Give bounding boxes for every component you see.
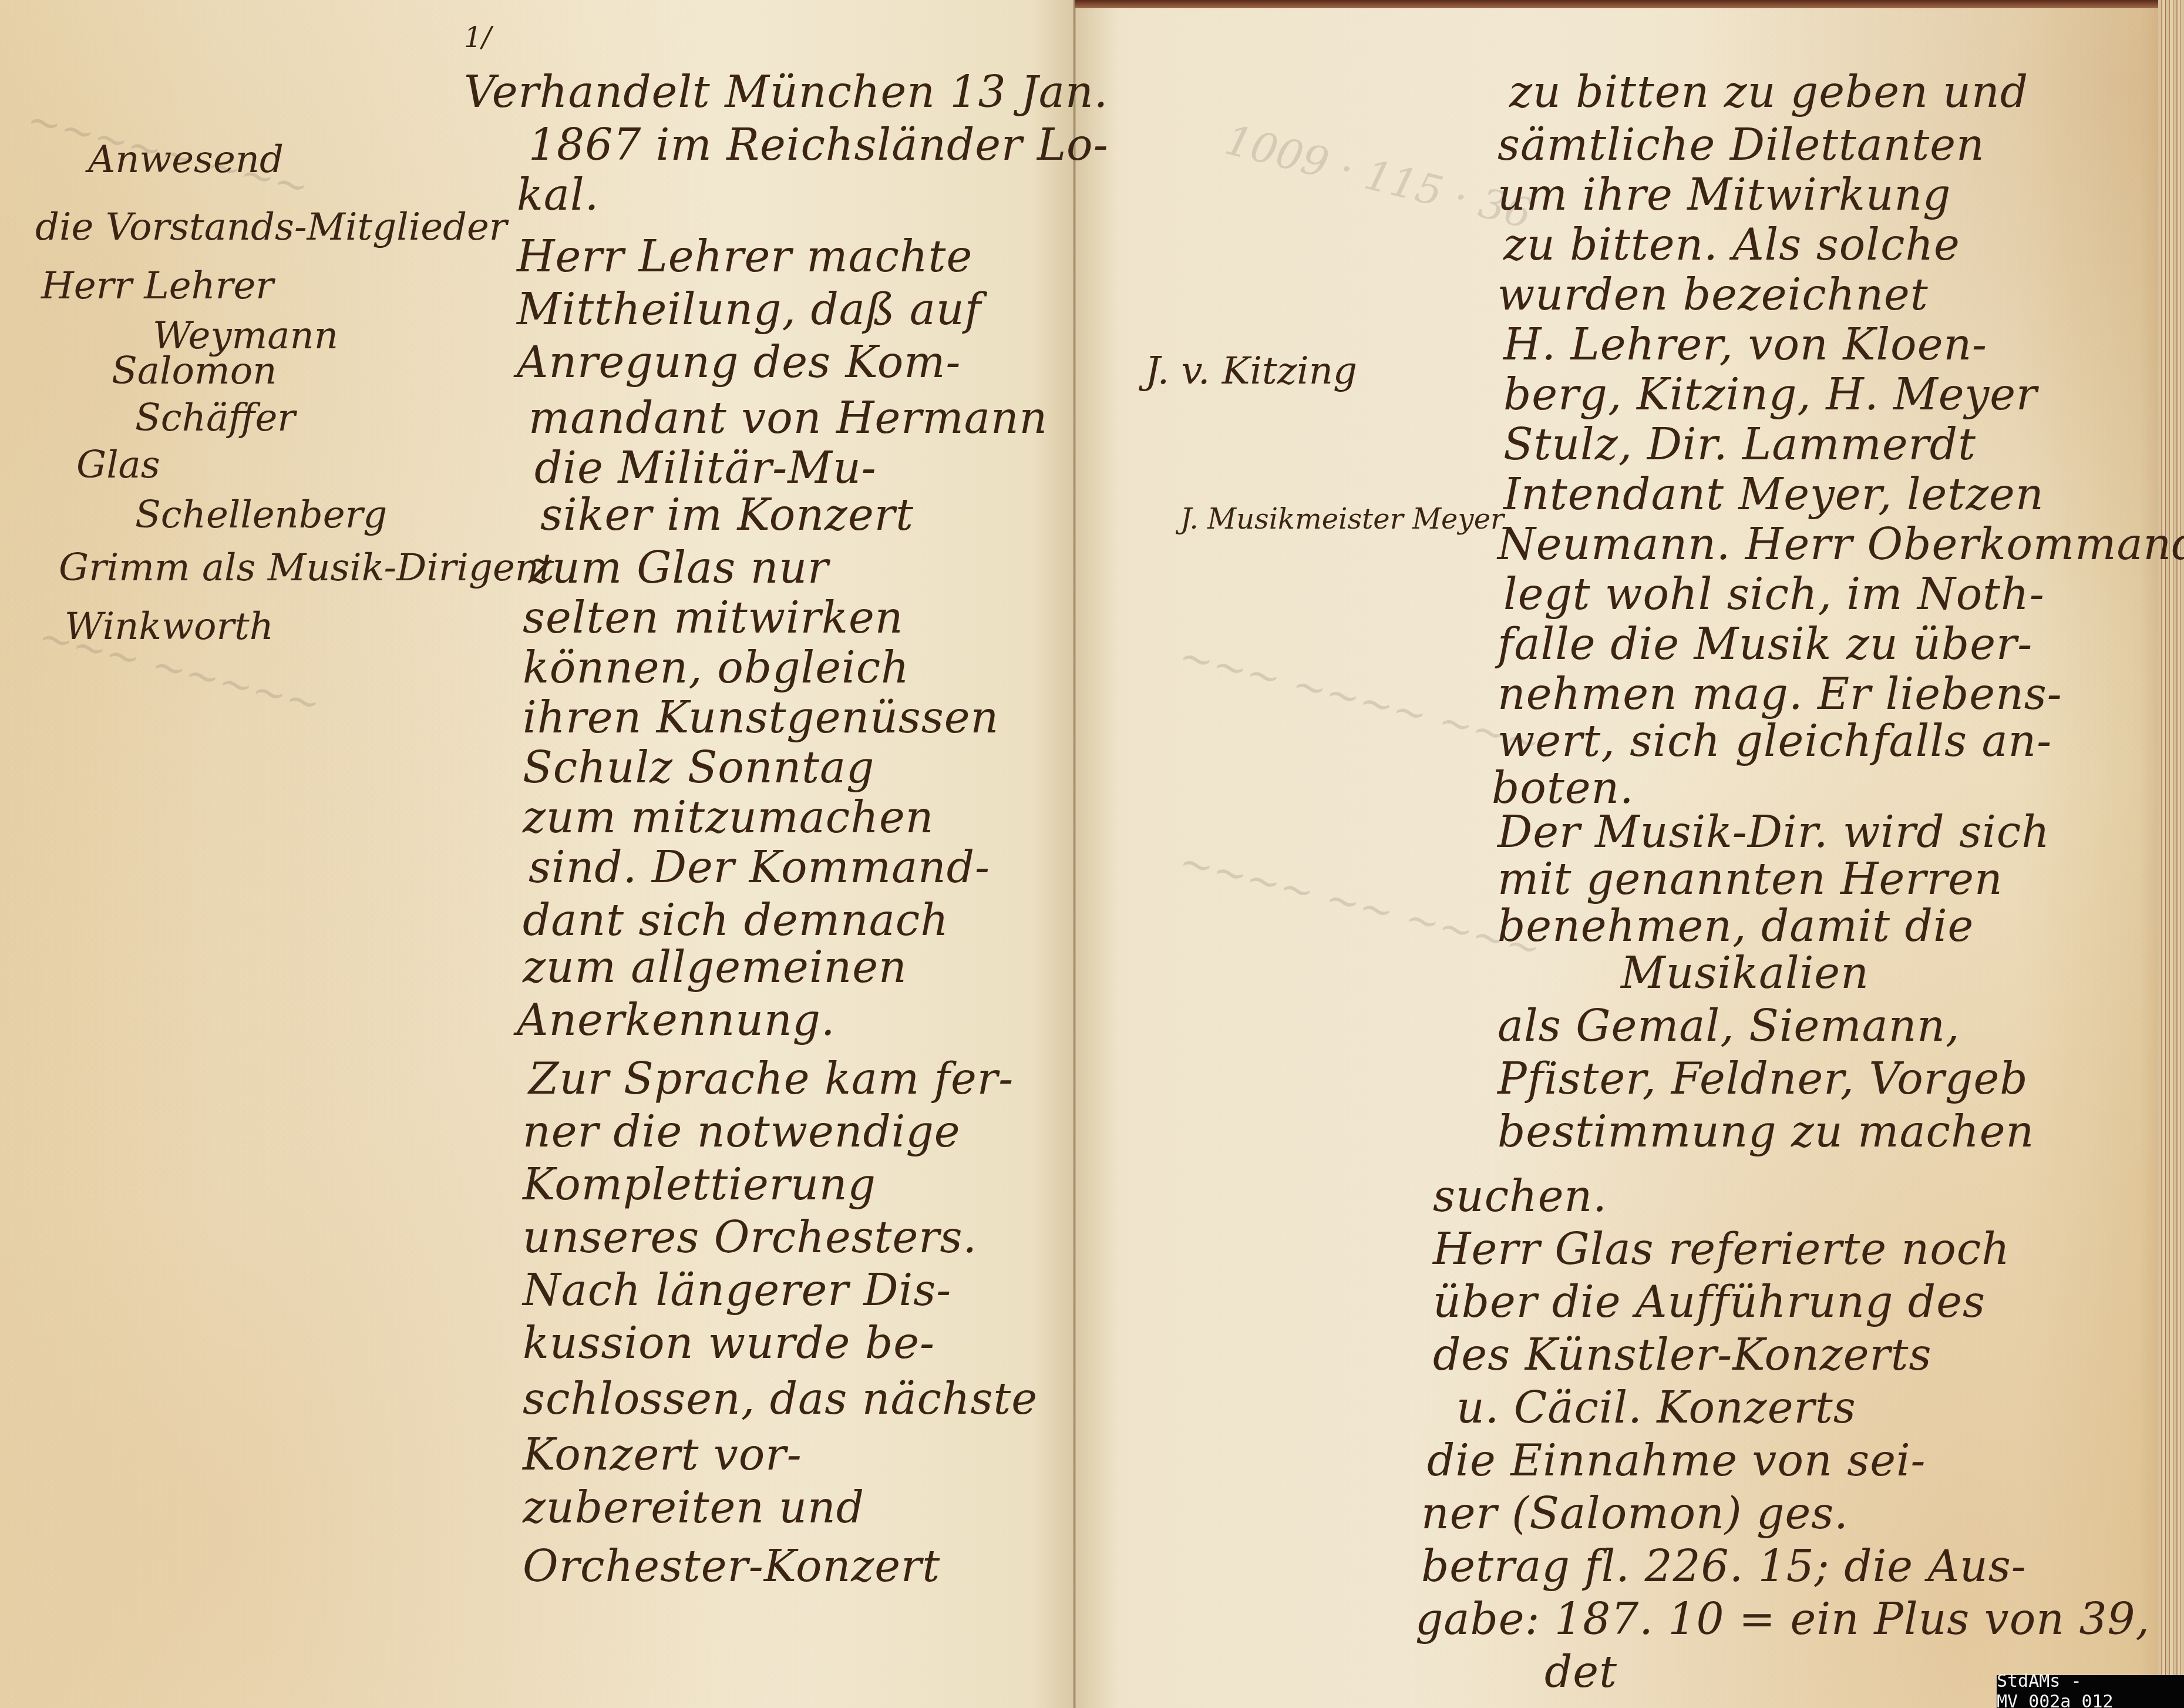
book-gutter [1074,0,1076,1708]
page-edges [2158,0,2184,1708]
text-line: Anerkennung. [517,998,835,1042]
margin-mark: 1/ [464,23,492,52]
binding-top-edge [1075,0,2184,8]
text-line: des Künstler-Konzerts [1433,1333,1932,1377]
text-line: selten mitwirken [523,596,903,640]
heading-line: kal. [517,173,599,217]
text-line: um ihre Mitwirkung [1497,173,1951,217]
heading-line: 1867 im Reichsländer Lo- [529,123,1109,167]
attendance-line: Salomon [112,352,277,390]
text-line: ner (Salomon) ges. [1421,1492,1849,1535]
text-line: Herr Glas referierte noch [1433,1228,2010,1271]
text-line: zum Glas nur [529,546,829,590]
text-line: zum allgemeinen [523,946,907,989]
text-line: berg, Kitzing, H. Meyer [1503,373,2037,416]
text-line: det [1544,1650,1617,1694]
text-line: dant sich demnach [523,899,949,942]
text-line: Neumann. Herr Oberkommandant [1497,523,2184,566]
text-line: betrag fl. 226. 15; die Aus- [1421,1545,2027,1588]
text-line: Nach längerer Dis- [523,1269,951,1312]
margin-note: J. Musikmeister Meyer [1180,505,1504,533]
text-line: legt wohl sich, im Noth- [1503,573,2045,616]
text-line: u. Cäcil. Konzerts [1456,1386,1856,1430]
text-line: Mittheilung, daß auf [517,288,981,331]
text-line: mandant von Hermann [529,396,1048,440]
text-line: bestimmung zu machen [1497,1110,2034,1154]
text-line: H. Lehrer, von Kloen- [1503,323,1987,367]
text-line: benehmen, damit die [1497,905,1974,948]
text-line: Der Musik-Dir. wird sich [1497,811,2050,854]
text-line: Orchester-Konzert [523,1545,940,1588]
text-line: boten. [1492,766,1634,810]
text-line: schlossen, das nächste [523,1377,1038,1421]
attendance-line: Anwesend [88,141,284,179]
archive-label: StdAMs - MV_002a_012 [1997,1675,2184,1708]
document-spread: 1009 · 115 · 36 ~~~ ~~~~ ~~~ ~~~~ ~~ ~~~… [0,0,2184,1708]
text-line: wurden bezeichnet [1497,273,1929,317]
heading-line: Verhandelt München 13 Jan. [464,70,1108,114]
text-line: unseres Orchesters. [523,1216,977,1259]
text-line: Komplettierung [523,1163,876,1206]
text-line: über die Aufführung des [1433,1280,1986,1324]
text-line: als Gemal, Siemann, [1497,1004,1960,1048]
text-line: ner die notwendige [523,1110,961,1154]
text-line: zubereiten und [523,1486,864,1529]
text-line: sind. Der Kommand- [529,846,990,889]
text-line: mit genannten Herren [1497,858,2003,901]
text-line: suchen. [1433,1175,1607,1218]
text-line: sämtliche Dilettanten [1497,123,1985,167]
text-line: Anregung des Kom- [517,341,961,384]
text-line: Stulz, Dir. Lammerdt [1503,423,1976,466]
text-line: gabe: 187. 10 = ein Plus von 39, [1415,1598,2150,1641]
text-line: kussion wurde be- [523,1322,935,1365]
attendance-line: Grimm als Musik-Dirigent [59,549,554,587]
text-line: Intendant Meyer, letzen [1503,473,2044,516]
attendance-line: Winkworth [65,608,274,645]
attendance-line: Glas [76,446,160,484]
text-line: Schulz Sonntag [523,746,874,789]
text-line: zu bitten zu geben und [1509,70,2028,114]
text-line: Herr Lehrer machte [517,235,972,278]
text-line: die Einnahme von sei- [1427,1439,1926,1482]
text-line: ihren Kunstgenüssen [523,696,999,739]
margin-note: J. v. Kitzing [1145,352,1357,390]
text-line: Musikalien [1621,951,1869,995]
text-line: Zur Sprache kam fer- [529,1057,1014,1101]
text-line: zu bitten. Als solche [1503,223,1960,267]
text-line: nehmen mag. Er liebens- [1497,673,2062,716]
text-line: die Militär-Mu- [534,446,877,490]
text-line: zum mitzumachen [523,796,934,839]
text-line: wert, sich gleichfalls an- [1497,719,2052,763]
text-line: falle die Musik zu über- [1497,623,2032,666]
attendance-line: Schellenberg [135,496,387,534]
text-line: können, obgleich [523,646,910,690]
attendance-line: Schäffer [135,399,295,437]
attendance-line: Herr Lehrer [41,267,274,305]
text-line: Pfister, Feldner, Vorgeb [1497,1057,2028,1101]
attendance-line: die Vorstands-Mitglieder [35,209,507,246]
text-line: Konzert vor- [523,1433,802,1477]
text-line: siker im Konzert [540,493,914,537]
